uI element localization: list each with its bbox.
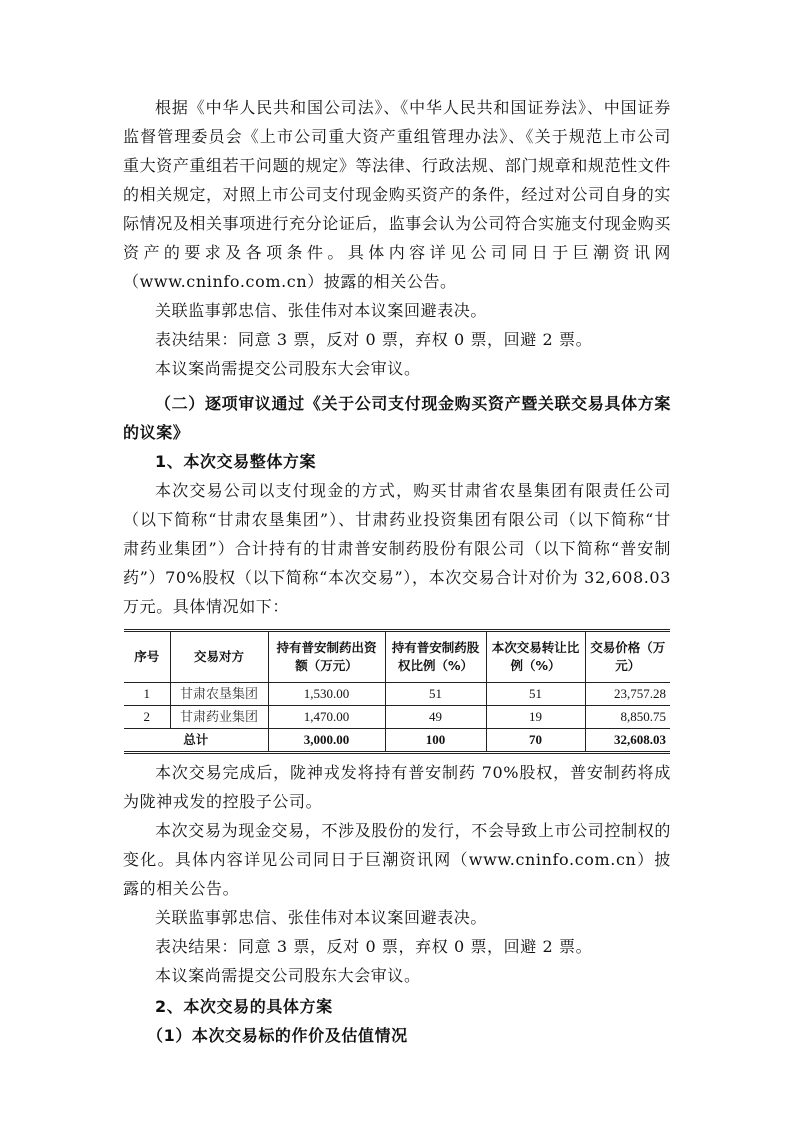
cell-capital: 1,470.00 — [268, 706, 385, 729]
header-counterparty: 交易对方 — [170, 631, 268, 683]
cell-total-capital: 3,000.00 — [268, 729, 385, 753]
cell-total-transfer-ratio: 70 — [486, 729, 585, 753]
cell-total-hold-ratio: 100 — [385, 729, 486, 753]
header-hold-ratio: 持有普安制药股权比例（%） — [385, 631, 486, 683]
cell-no: 2 — [124, 706, 170, 729]
cell-party: 甘肃药业集团 — [170, 706, 268, 729]
header-no: 序号 — [124, 631, 170, 683]
document-page: 根据《中华人民共和国公司法》、《中华人民共和国证券法》、中国证券监督管理委员会《… — [123, 93, 671, 1050]
paragraph-vote-result-2: 表决结果：同意 3 票，反对 0 票，弃权 0 票，回避 2 票。 — [123, 932, 671, 961]
table-row: 1 甘肃农垦集团 1,530.00 51 51 23,757.28 — [124, 683, 670, 706]
header-capital: 持有普安制药出资额（万元） — [268, 631, 385, 683]
sub-heading-overall-plan: 1、本次交易整体方案 — [123, 447, 671, 476]
cell-total-label: 总计 — [124, 729, 268, 753]
cell-price: 8,850.75 — [585, 706, 670, 729]
paragraph-submit-shareholders: 本议案尚需提交公司股东大会审议。 — [123, 354, 671, 383]
paragraph-cash-transaction: 本次交易为现金交易，不涉及股份的发行，不会导致上市公司控制权的变化。具体内容详见… — [123, 816, 671, 903]
transaction-table: 序号 交易对方 持有普安制药出资额（万元） 持有普安制药股权比例（%） 本次交易… — [124, 629, 670, 754]
cell-transfer-ratio: 51 — [486, 683, 585, 706]
paragraph-transaction-intro: 本次交易公司以支付现金的方式，购买甘肃省农垦集团有限责任公司（以下简称“甘肃农垦… — [123, 476, 671, 621]
table-row: 2 甘肃药业集团 1,470.00 49 19 8,850.75 — [124, 706, 670, 729]
cell-price: 23,757.28 — [585, 683, 670, 706]
cell-total-price: 32,608.03 — [585, 729, 670, 753]
paragraph-legal-basis: 根据《中华人民共和国公司法》、《中华人民共和国证券法》、中国证券监督管理委员会《… — [123, 93, 671, 296]
header-transfer-ratio: 本次交易转让比例（%） — [486, 631, 585, 683]
cell-no: 1 — [124, 683, 170, 706]
paragraph-vote-result: 表决结果：同意 3 票，反对 0 票，弃权 0 票，回避 2 票。 — [123, 325, 671, 354]
cell-hold-ratio: 51 — [385, 683, 486, 706]
paragraph-recusal-2: 关联监事郭忠信、张佳伟对本议案回避表决。 — [123, 903, 671, 932]
cell-hold-ratio: 49 — [385, 706, 486, 729]
paragraph-submit-shareholders-2: 本议案尚需提交公司股东大会审议。 — [123, 961, 671, 990]
cell-transfer-ratio: 19 — [486, 706, 585, 729]
table-total-row: 总计 3,000.00 100 70 32,608.03 — [124, 729, 670, 753]
sub-heading-specific-plan: 2、本次交易的具体方案 — [123, 992, 671, 1021]
table-header-row: 序号 交易对方 持有普安制药出资额（万元） 持有普安制药股权比例（%） 本次交易… — [124, 631, 670, 683]
cell-capital: 1,530.00 — [268, 683, 385, 706]
paragraph-recusal: 关联监事郭忠信、张佳伟对本议案回避表决。 — [123, 296, 671, 325]
header-price: 交易价格（万元） — [585, 631, 670, 683]
cell-party: 甘肃农垦集团 — [170, 683, 268, 706]
paragraph-post-transaction: 本次交易完成后，陇神戎发将持有普安制药 70%股权，普安制药将成为陇神戎发的控股… — [123, 758, 671, 816]
sub-heading-valuation: （1）本次交易标的作价及估值情况 — [123, 1021, 671, 1050]
section-heading: （二）逐项审议通过《关于公司支付现金购买资产暨关联交易具体方案的议案》 — [123, 389, 671, 447]
